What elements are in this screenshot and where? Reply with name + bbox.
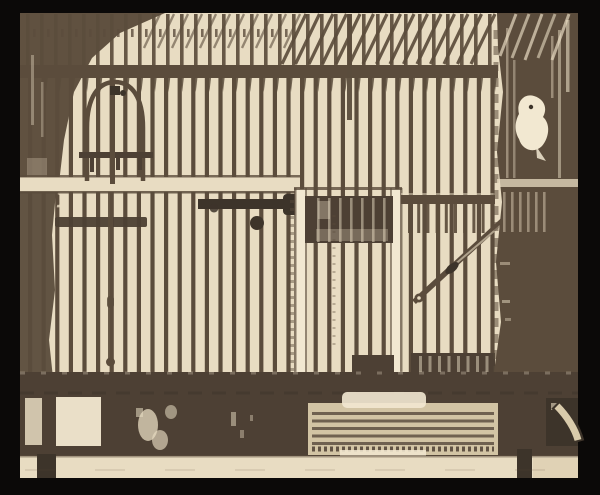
cage-base <box>20 372 578 460</box>
panel-bar-slit <box>566 20 570 92</box>
floor-post-left <box>37 454 56 478</box>
swing-hanger-knot <box>110 86 120 95</box>
base-mark <box>250 415 253 421</box>
mid-rail-edge-top <box>20 175 300 178</box>
comb-bar <box>408 202 411 233</box>
cage-bar <box>246 70 250 376</box>
hook-dot <box>271 29 274 37</box>
swing-hanger-dot <box>120 90 126 96</box>
cage-bar <box>218 70 222 376</box>
comb-bar <box>436 202 439 233</box>
comb-bar <box>426 202 429 233</box>
comb-bar <box>463 202 466 233</box>
swing-rod <box>110 84 115 184</box>
cage-bar <box>150 70 154 376</box>
perch-hook-hole <box>417 296 421 300</box>
panel-bar-slit <box>551 36 554 98</box>
swing-perch-stub <box>116 158 120 170</box>
grate-stripe <box>312 442 494 445</box>
floor-shadow-line <box>20 455 578 458</box>
door2-rail-highlight <box>401 193 495 195</box>
bottom-bar-slit <box>448 356 451 372</box>
base-splotch <box>136 408 143 417</box>
mid-rail-edge-bottom <box>20 191 300 194</box>
hook-dot <box>173 29 176 37</box>
panel-bar-slit <box>513 60 516 178</box>
shadow-bar-highlight <box>41 82 44 137</box>
hook-dot <box>131 29 134 37</box>
bottom-bar-slit <box>419 356 422 372</box>
hook-dot <box>159 29 162 37</box>
comb-bar <box>454 202 457 233</box>
shadow-bar-slit <box>535 192 538 232</box>
cage-bar <box>232 70 236 376</box>
shadow-bar-slit <box>503 192 506 232</box>
comb-bar <box>445 202 448 233</box>
swing-rod-lower <box>108 192 113 360</box>
shadow-bar-slit <box>527 192 530 232</box>
rod-blob <box>107 296 114 308</box>
swing-perch-stub <box>90 158 94 172</box>
cage-bar <box>422 70 426 376</box>
bottom-bar-slit <box>438 356 441 372</box>
hook-dot <box>145 29 148 37</box>
bottom-bar-slit <box>467 356 470 372</box>
swing-perch-stub <box>138 158 142 170</box>
comb-bar <box>482 202 485 233</box>
base-slot-small <box>25 398 42 445</box>
shadow-bar-slit <box>543 192 546 232</box>
cage-bar <box>273 70 277 376</box>
cage-bar <box>178 70 182 376</box>
printed-photo-frame <box>0 0 600 495</box>
panel-bar-slit <box>506 28 509 178</box>
hanging-wire <box>347 14 352 120</box>
panel-speck <box>502 300 510 303</box>
cage-bar <box>164 70 168 376</box>
base-slot-large <box>56 397 101 446</box>
latch-knob <box>250 216 264 230</box>
shadow-bar-slit <box>511 192 514 232</box>
hook-dot <box>229 29 232 37</box>
cage-bar <box>477 70 481 376</box>
grate-stripe <box>312 412 494 415</box>
door2-top-rail <box>401 195 495 204</box>
mid-rail-light <box>20 177 298 192</box>
window-light-patch <box>316 229 388 241</box>
hook-dot <box>243 29 246 37</box>
floor-right-shade <box>533 458 578 478</box>
base-mark <box>240 430 244 438</box>
bird-eye <box>529 105 533 109</box>
bottom-bar-slit <box>486 356 489 372</box>
bottom-bar-slit <box>476 356 479 372</box>
hook-dot <box>201 29 204 37</box>
hook-dot <box>285 29 288 37</box>
base-splotch <box>152 430 168 450</box>
panel-bar-slit <box>558 30 561 178</box>
base-mark <box>231 412 236 426</box>
shadow-bar-slit <box>519 192 522 232</box>
white-bird <box>516 95 549 150</box>
cage-bar <box>286 70 290 376</box>
latch-pin <box>210 204 219 213</box>
rod-ball <box>106 358 115 367</box>
cage-bar <box>205 70 209 376</box>
cage-photograph <box>0 0 600 495</box>
grate-top-blob <box>342 392 426 408</box>
grate-stripe <box>312 435 494 438</box>
door-post-edge <box>400 188 403 380</box>
top-rail <box>20 65 498 78</box>
cage-bar <box>191 70 195 376</box>
shadow-bar-highlight <box>31 55 34 125</box>
grate-stripe <box>312 420 494 423</box>
panel-light-rail <box>497 179 578 187</box>
bottom-bar-slit <box>457 356 460 372</box>
swing-perch-bar <box>79 152 153 158</box>
floor-post-right <box>517 449 532 478</box>
comb-bar <box>472 202 475 233</box>
door2-bottom-shadow <box>411 353 495 374</box>
hook-dot <box>257 29 260 37</box>
grate-stripe <box>312 427 494 430</box>
door-post-edge <box>294 188 297 380</box>
cage-bar <box>450 70 454 376</box>
base-splotch <box>165 405 177 419</box>
window-light-blob <box>318 201 330 219</box>
door-lintel <box>294 187 402 190</box>
bottom-bar-slit <box>429 356 432 372</box>
hook-dot <box>215 29 218 37</box>
panel-speck <box>505 318 511 321</box>
panel-speck <box>500 262 510 265</box>
left-perch-bar <box>55 217 147 227</box>
comb-bar <box>417 202 420 233</box>
hook-dot <box>187 29 190 37</box>
floor-strip <box>20 456 578 478</box>
